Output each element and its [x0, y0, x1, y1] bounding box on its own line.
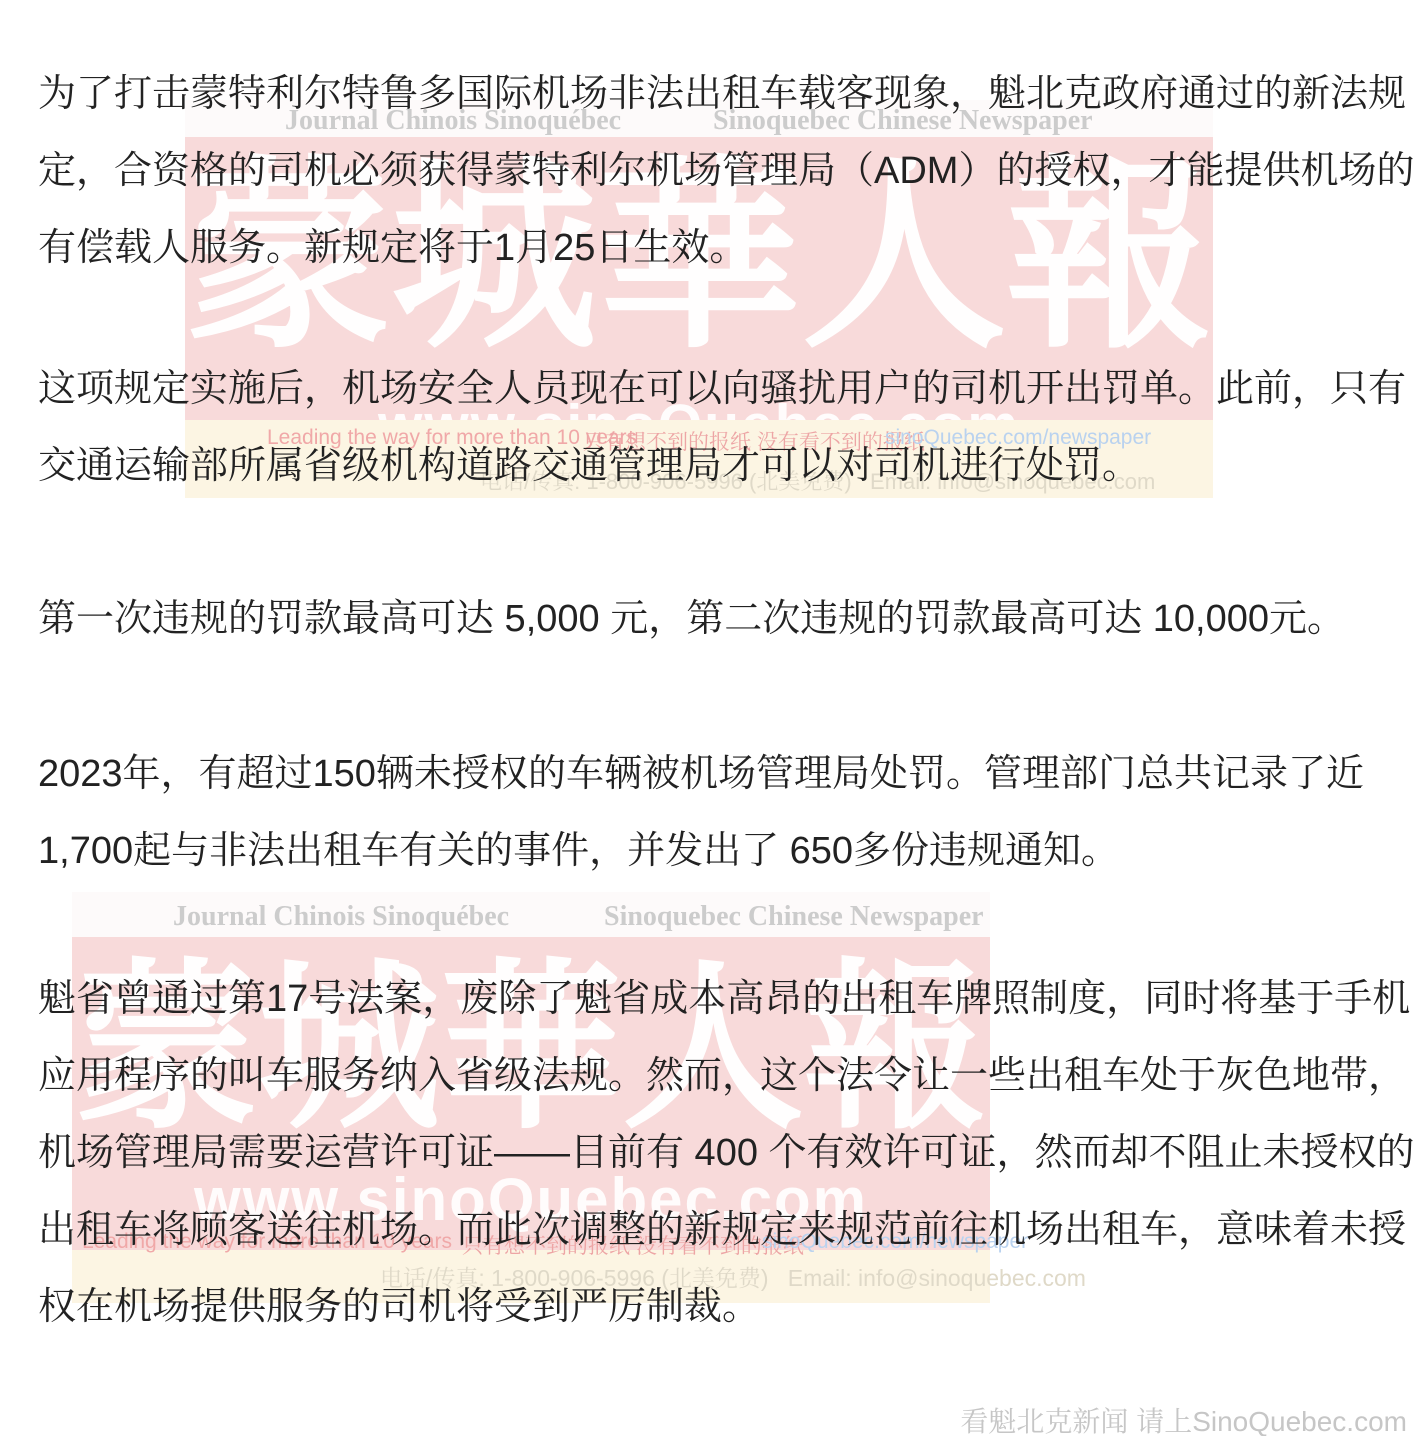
text-line: 第一次违规的罚款最高可达 5,000 元，第二次违规的罚款最高可达 10,000… — [38, 581, 1388, 658]
paragraph: 为了打击蒙特利尔特鲁多国际机场非法出租车载客现象，魁北克政府通过的新法规 定，合… — [38, 56, 1388, 287]
text-line: 为了打击蒙特利尔特鲁多国际机场非法出租车载客现象，魁北克政府通过的新法规 — [38, 56, 1388, 133]
watermark-label-french: Journal Chinois Sinoquébec — [173, 901, 509, 933]
text-line: 出租车将顾客送往机场。而此次调整的新规定来规范前往机场出租车，意味着未授 — [38, 1192, 1388, 1269]
text-line: 定，合资格的司机必须获得蒙特利尔机场管理局（ADM）的授权，才能提供机场的 — [38, 133, 1388, 210]
text-line: 魁省曾通过第17号法案，废除了魁省成本高昂的出租车牌照制度，同时将基于手机 — [38, 961, 1388, 1038]
text-line: 交通运输部所属省级机构道路交通管理局才可以对司机进行处罚。 — [38, 428, 1388, 505]
text-line: 应用程序的叫车服务纳入省级法规。然而，这个法令让一些出租车处于灰色地带， — [38, 1038, 1388, 1115]
paragraph: 魁省曾通过第17号法案，废除了魁省成本高昂的出租车牌照制度，同时将基于手机 应用… — [38, 961, 1388, 1346]
text-line: 有偿载人服务。新规定将于1月25日生效。 — [38, 210, 1388, 287]
text-line: 这项规定实施后，机场安全人员现在可以向骚扰用户的司机开出罚单。此前，只有 — [38, 351, 1388, 428]
paragraph: 2023年，有超过150辆未授权的车辆被机场管理局处罚。管理部门总共记录了近 1… — [38, 736, 1388, 890]
article-page: Journal Chinois Sinoquébec Sinoquebec Ch… — [0, 0, 1418, 1436]
text-line: 2023年，有超过150辆未授权的车辆被机场管理局处罚。管理部门总共记录了近 — [38, 736, 1388, 813]
text-line: 权在机场提供服务的司机将受到严厉制裁。 — [38, 1269, 1388, 1346]
text-line: 1,700起与非法出租车有关的事件，并发出了 650多份违规通知。 — [38, 813, 1388, 890]
watermark-header-strip: Journal Chinois Sinoquébec Sinoquebec Ch… — [72, 892, 990, 937]
paragraph: 第一次违规的罚款最高可达 5,000 元，第二次违规的罚款最高可达 10,000… — [38, 581, 1388, 658]
text-line: 机场管理局需要运营许可证——目前有 400 个有效许可证，然而却不阻止未授权的 — [38, 1115, 1388, 1192]
site-credit: 看魁北克新闻 请上SinoQuebec.com — [960, 1400, 1407, 1436]
paragraph: 这项规定实施后，机场安全人员现在可以向骚扰用户的司机开出罚单。此前，只有 交通运… — [38, 351, 1388, 505]
watermark-label-english: Sinoquebec Chinese Newspaper — [604, 901, 984, 933]
